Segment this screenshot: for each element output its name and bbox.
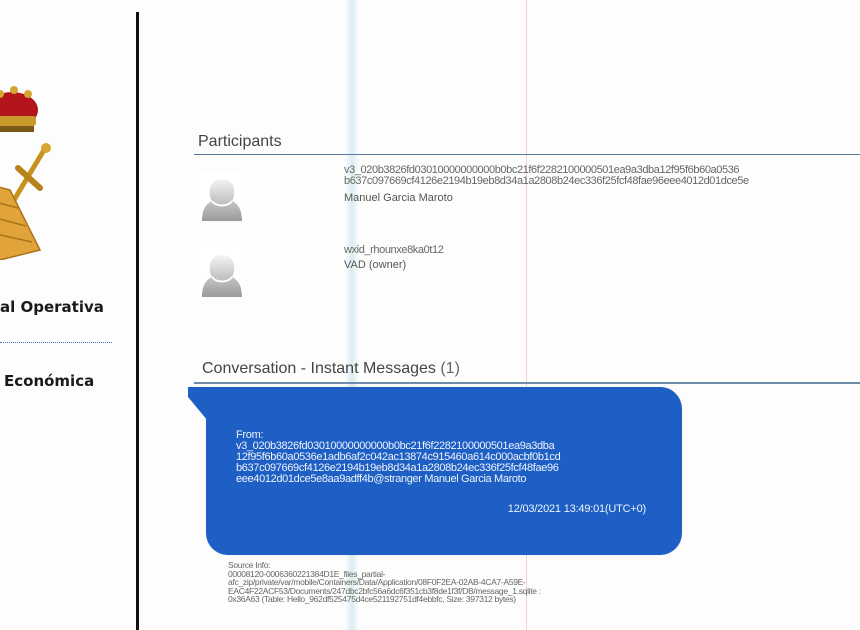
department-link-underline xyxy=(0,339,112,343)
user-silhouette-icon xyxy=(198,247,246,297)
guardia-civil-emblem-icon xyxy=(0,80,80,260)
message-count: (1) xyxy=(440,360,460,377)
participant-name: VAD (owner) xyxy=(344,260,443,271)
participants-heading: Participants xyxy=(198,133,282,151)
participant-details: wxid_rhounxe8ka0t12 VAD (owner) xyxy=(344,245,443,271)
participant-name: Manuel Garcia Maroto xyxy=(344,193,749,204)
section-rule xyxy=(194,382,860,384)
department-name-line2: Económica xyxy=(4,372,94,390)
message-bubble-tail xyxy=(188,387,208,397)
source-info: Source Info: 00008120-0006360221384D1E_f… xyxy=(228,561,541,604)
conversation-heading: Conversation - Instant Messages (1) xyxy=(202,360,460,378)
page-divider xyxy=(136,12,139,630)
participant-id-line1: wxid_rhounxe8ka0t12 xyxy=(344,245,443,256)
message-bubble-tail xyxy=(188,397,208,421)
conversation-title: Conversation - Instant Messages xyxy=(202,360,436,377)
participant-id-line2: b637c097669cf4126e2194b19eb8d34a1a2808b2… xyxy=(344,176,749,187)
message-bubble: From: v3_020b3826fd03010000000000b0bc21f… xyxy=(206,387,682,555)
participant-details: v3_020b3826fd03010000000000b0bc21f6f2282… xyxy=(344,165,749,204)
message-timestamp: 12/03/2021 13:49:01(UTC+0) xyxy=(508,503,646,515)
department-name-line1: al Operativa xyxy=(0,298,104,316)
message-from-value: v3_020b3826fd03010000000000b0bc21f6f2282… xyxy=(236,441,676,485)
user-silhouette-icon xyxy=(198,171,246,221)
section-rule xyxy=(194,154,860,155)
letterhead: al Operativa Económica xyxy=(0,0,132,630)
